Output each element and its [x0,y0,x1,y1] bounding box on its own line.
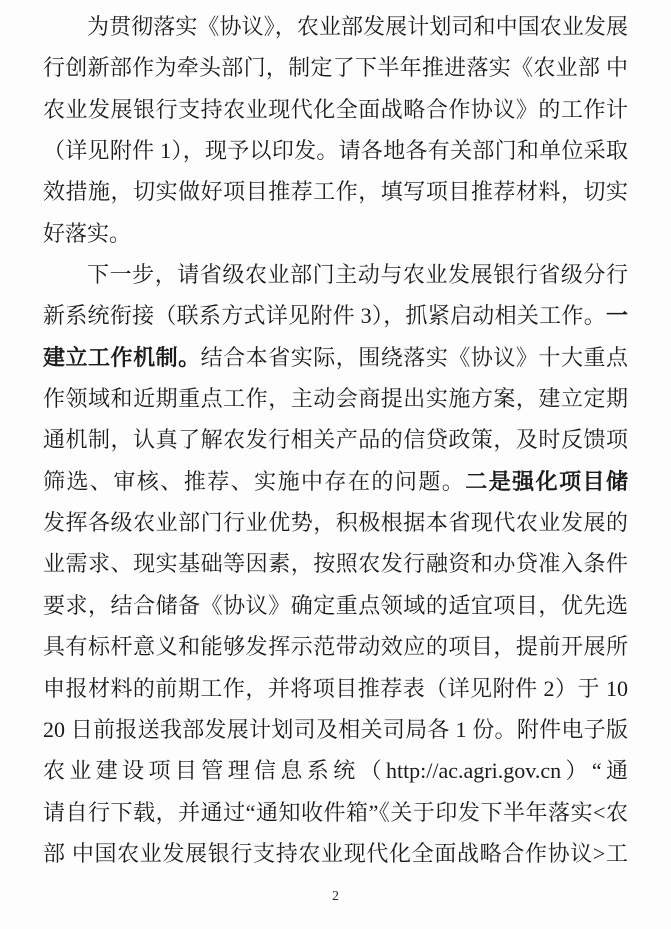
text-line: 农业建设项目管理信息系统（http://ac.agri.gov.cn）“通知”栏… [43,750,628,791]
text-line: 行创新部作为牵头部门，制定了下半年推进落实《农业部 中国 [43,47,628,88]
text-line: 部 中国农业发展银行支持农业现代化全面战略合作协议>工作 [43,833,628,874]
text-line: 发挥各级农业部门行业优势，积极根据本省现代农业发展的产 [43,502,628,543]
line-text: 农业建设项目管理信息系统（http://ac.agri.gov.cn）“通知”栏… [43,758,628,791]
text-line: 农业发展银行支持农业现代化全面战略合作协议》的工作计划 [43,89,628,130]
line-text: 发挥各级农业部门行业优势，积极根据本省现代农业发展的产 [43,510,628,543]
document-body: 为贯彻落实《协议》，农业部发展计划司和中国农业发展银 行创新部作为牵头部门，制定… [43,6,628,874]
text-line: 效措施，切实做好项目推荐工作，填写项目推荐材料，切实抓 [43,171,628,212]
text-line: 好落实。 [43,213,628,254]
text-line: 业需求、现实基础等因素，按照农发行融资和办贷准入条件的 [43,543,628,584]
line-text: 具有标杆意义和能够发挥示范带动效应的项目，提前开展所需 [43,634,628,667]
text-line: 申报材料的前期工作，并将项目推荐表（详见附件 2）于 10 月 [43,668,628,709]
line-text: 新系统衔接（联系方式详见附件 3），抓紧启动相关工作。 [43,303,606,328]
text-line: 新系统衔接（联系方式详见附件 3），抓紧启动相关工作。一是 [43,295,628,336]
line-text: 要求，结合储备《协议》确定重点领域的适宜项目，优先选择 [43,593,628,626]
line-text: 业需求、现实基础等因素，按照农发行融资和办贷准入条件的 [43,551,628,584]
document-page: 为贯彻落实《协议》，农业部发展计划司和中国农业发展银 行创新部作为牵头部门，制定… [0,0,671,929]
line-text: 通机制，认真了解农发行相关产品的信贷政策，及时反馈项目 [43,427,628,460]
text-line: 建立工作机制。结合本省实际，围绕落实《协议》十大重点合 [43,337,628,378]
line-text: 作领域和近期重点工作，主动会商提出实施方案，建立定期沟 [43,386,628,419]
line-text: 20 日前报送我部发展计划司及相关司局各 1 份。附件电子版在 [43,717,628,750]
bold-heading-text: 建立工作机制。 [43,345,201,370]
line-text: 请自行下载，并通过“通知收件箱”《关于印发下半年落实<农业 [43,800,628,833]
text-line: 请自行下载，并通过“通知收件箱”《关于印发下半年落实<农业 [43,792,628,833]
text-line: 筛选、审核、推荐、实施中存在的问题。二是强化项目储备。 [43,461,628,502]
text-line: 具有标杆意义和能够发挥示范带动效应的项目，提前开展所需 [43,626,628,667]
line-text: 部 中国农业发展银行支持农业现代化全面战略合作协议>工作 [43,841,628,874]
text-line: 20 日前报送我部发展计划司及相关司局各 1 份。附件电子版在 [43,709,628,750]
line-text: 农业发展银行支持农业现代化全面战略合作协议》的工作计划 [43,97,628,130]
line-text: 下一步，请省级农业部门主动与农业发展银行省级分行创 [43,262,628,295]
line-text: 好落实。 [43,221,131,246]
text-line: （详见附件 1），现予以印发。请各地各有关部门和单位采取有 [43,130,628,171]
text-line: 下一步，请省级农业部门主动与农业发展银行省级分行创 [43,254,628,295]
line-text: 效措施，切实做好项目推荐工作，填写项目推荐材料，切实抓 [43,179,628,212]
line-text: （详见附件 1），现予以印发。请各地各有关部门和单位采取有 [43,138,628,171]
text-line: 通机制，认真了解农发行相关产品的信贷政策，及时反馈项目 [43,419,628,460]
text-line: 为贯彻落实《协议》，农业部发展计划司和中国农业发展银 [43,6,628,47]
text-line: 要求，结合储备《协议》确定重点领域的适宜项目，优先选择 [43,585,628,626]
line-text: 筛选、审核、推荐、实施中存在的问题。 [43,469,465,494]
line-text: 申报材料的前期工作，并将项目推荐表（详见附件 2）于 10 月 [43,676,628,709]
page-number: 2 [0,888,671,906]
line-text: 行创新部作为牵头部门，制定了下半年推进落实《农业部 中国 [43,55,628,88]
line-text: 为贯彻落实《协议》，农业部发展计划司和中国农业发展银 [43,14,628,47]
text-line: 作领域和近期重点工作，主动会商提出实施方案，建立定期沟 [43,378,628,419]
